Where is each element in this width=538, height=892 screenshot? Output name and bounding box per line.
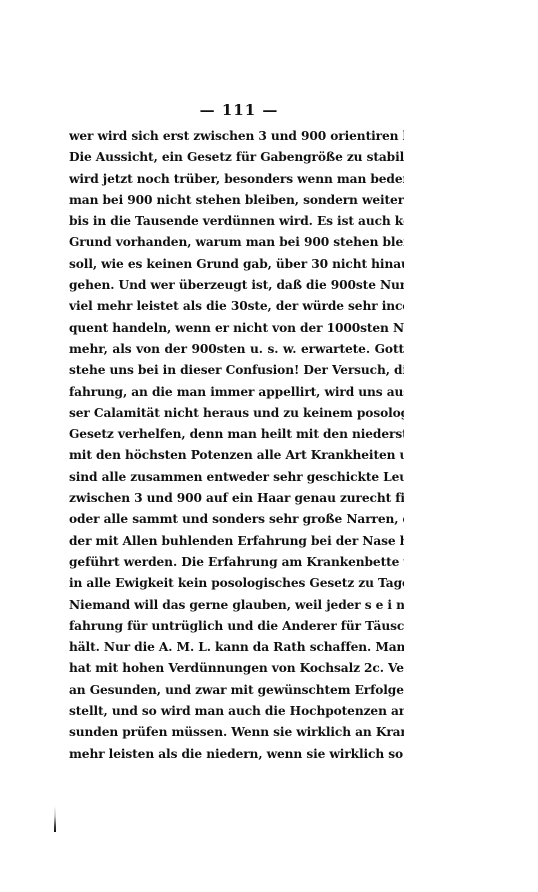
- text-line: Die Aussicht, ein Gesetz für Gabengröße …: [69, 147, 404, 168]
- text-line: stehe uns bei in dieser Confusion! Der V…: [69, 360, 404, 381]
- text-line: mehr leisten als die niedern, wenn sie w…: [69, 744, 404, 765]
- text-line: fahrung für untrüglich und die Anderer f…: [69, 616, 404, 637]
- text-line: an Gesunden, und zwar mit gewünschtem Er…: [69, 680, 404, 701]
- text-line: oder alle sammt und sonders sehr große N…: [69, 509, 404, 530]
- text-line: sind alle zusammen entweder sehr geschic…: [69, 467, 404, 488]
- text-line: Grund vorhanden, warum man bei 900 stehe…: [69, 232, 404, 253]
- text-line: mehr, als von der 900sten u. s. w. erwar…: [69, 339, 404, 360]
- text-line: fahrung, an die man immer appellirt, wir…: [69, 382, 404, 403]
- text-line: wer wird sich erst zwischen 3 und 900 or…: [69, 126, 404, 147]
- text-line: bis in die Tausende verdünnen wird. Es i…: [69, 211, 404, 232]
- text-line: in alle Ewigkeit kein posologisches Gese…: [69, 573, 404, 594]
- text-line: wird jetzt noch trüber, besonders wenn m…: [69, 169, 404, 190]
- text-line: quent handeln, wenn er nicht von der 100…: [69, 318, 404, 339]
- text-line: stellt, und so wird man auch die Hochpot…: [69, 701, 404, 722]
- text-line: hat mit hohen Verdünnungen von Kochsalz …: [69, 658, 404, 679]
- text-line: der mit Allen buhlenden Erfahrung bei de…: [69, 531, 404, 552]
- text-line: man bei 900 nicht stehen bleiben, sonder…: [69, 190, 404, 211]
- text-line: viel mehr leistet als die 30ste, der wür…: [69, 296, 404, 317]
- text-line: Niemand will das gerne glauben, weil jed…: [69, 595, 404, 616]
- text-line: hält. Nur die A. M. L. kann da Rath scha…: [69, 637, 404, 658]
- text-line: zwischen 3 und 900 auf ein Haar genau zu…: [69, 488, 404, 509]
- text-line: sunden prüfen müssen. Wenn sie wirklich …: [69, 722, 404, 743]
- body-text: wer wird sich erst zwischen 3 und 900 or…: [69, 126, 404, 765]
- text-line: Gesetz verhelfen, denn man heilt mit den…: [69, 424, 404, 445]
- text-line: ser Calamität nicht heraus und zu keinem…: [69, 403, 404, 424]
- text-line: geführt werden. Die Erfahrung am Kranken…: [69, 552, 404, 573]
- page-number-text: — 111 —: [200, 101, 279, 119]
- page-number: — 111 —: [0, 101, 538, 119]
- text-line: mit den höchsten Potenzen alle Art Krank…: [69, 445, 404, 466]
- text-line: soll, wie es keinen Grund gab, über 30 n…: [69, 254, 404, 275]
- text-line: gehen. Und wer überzeugt ist, daß die 90…: [69, 275, 404, 296]
- book-page: — 111 — wer wird sich erst zwischen 3 un…: [0, 0, 538, 892]
- scan-margin-mark: [54, 806, 56, 832]
